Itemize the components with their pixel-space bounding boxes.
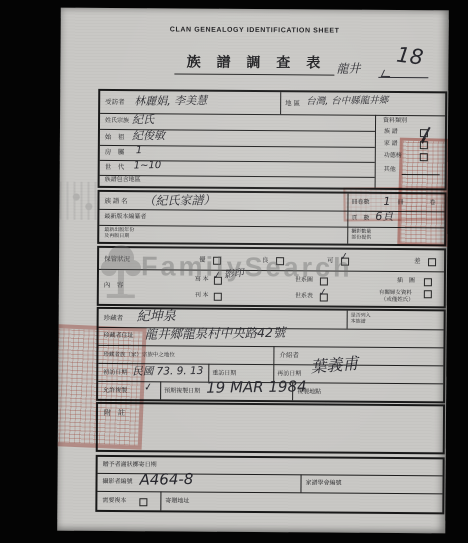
genealogy-name-label: 族 譜 名	[104, 198, 127, 205]
content-print-checkbox	[214, 293, 222, 301]
generation-label: 世 代	[105, 164, 125, 171]
page-count-label: 頁 數	[351, 216, 369, 223]
category-clan-genealogy-label: 族 譜	[384, 129, 398, 136]
content-print-label: 刊 本	[195, 293, 209, 300]
scanned-sheet: CLAN GENEALOGY IDENTIFICATION SHEET 族 譜 …	[57, 8, 449, 534]
photo-quantity-label-2: 部份提供	[351, 236, 371, 242]
content-women-checkbox	[424, 290, 432, 298]
coverage-label: 族譜包含地區	[105, 177, 141, 184]
compiler-label: 最新版本編纂者	[104, 214, 146, 221]
copy-place-label: 複製地點	[297, 389, 321, 396]
divider	[375, 115, 377, 188]
revisit-label: 重訪日期	[212, 371, 236, 378]
holder-value: 紀坤泉	[137, 310, 176, 324]
copy-date-value: 19 MAR 1984	[206, 379, 307, 395]
notes-label: 附 註	[104, 410, 125, 418]
corner-place-handwriting: 龍井	[336, 62, 360, 74]
content-manuscript-label: 寫 本	[195, 277, 209, 284]
listed-label-2: 本族譜	[351, 320, 366, 326]
divider	[347, 311, 348, 329]
divider	[300, 474, 301, 492]
section-identity: 受訪者 林麗娟, 李美慧 地 區 台灣, 台中縣龍井鄉 姓氏宗族 紀氏 始 祖 …	[98, 89, 448, 190]
sheet-header-en: CLAN GENEALOGY IDENTIFICATION SHEET	[61, 26, 449, 36]
condition-good-checkbox	[276, 257, 284, 265]
divider	[160, 491, 161, 510]
check-mark: ✓	[212, 271, 222, 282]
section-genealogy-info: 族 譜 名 （紀氏家譜） 最新版本編纂者 最新出版年份 及再版日期 冊卷數 1 …	[97, 190, 446, 246]
category-family-genealogy-label: 家 譜	[384, 141, 398, 148]
corner-underline	[378, 77, 428, 78]
copy-permission-label: 允許複製	[103, 388, 127, 395]
volume-unit-2: 卷	[429, 200, 435, 207]
branch-label: 房 屬	[105, 149, 125, 156]
need-copy-checkbox	[139, 498, 147, 506]
divider	[273, 346, 274, 364]
divider	[100, 175, 375, 178]
scan-background: CLAN GENEALOGY IDENTIFICATION SHEET 族 譜 …	[0, 0, 468, 543]
donor-thanks-label: 贈予者謝狀擲寄日期	[103, 462, 157, 469]
content-women-label: 有關婦女資料	[379, 290, 412, 296]
divider	[99, 269, 444, 272]
content-illustration-checkbox	[424, 278, 432, 286]
mailing-address-label: 寄贈地址	[165, 498, 189, 505]
condition-excellent-checkbox	[213, 257, 221, 265]
divider	[97, 491, 442, 494]
content-pedigree-chart-checkbox	[320, 277, 328, 285]
manuscript-note-handwriting: 影印	[224, 269, 245, 281]
corner-number-handwriting: 18	[395, 44, 424, 68]
section-notes: 附 註	[96, 402, 445, 454]
holder-label: 珍藏者	[104, 315, 124, 322]
holder-address-value: 龍井鄉龍泉村中央路42號	[144, 327, 285, 341]
section-holder-visits: 珍藏者 紀坤泉 是否列入 本族譜 珍藏者住址 龍井鄉龍泉村中央路42號 珍藏者族…	[96, 307, 446, 403]
watermark-fragment	[59, 182, 101, 220]
first-visit-label: 初訪日期	[103, 370, 127, 377]
condition-excellent-label: 優	[199, 257, 206, 264]
photographer-number-label: 攝影者編號	[102, 479, 132, 486]
copy-date-label: 預期複製日期	[164, 388, 200, 395]
divider	[280, 92, 281, 114]
section-admin: 贈予者謝狀擲寄日期 攝影者編號 A464-8 家譜學會編號 需要複本 寄贈地址	[95, 455, 444, 514]
holder-address-label: 珍藏者住址	[104, 333, 134, 340]
content-pedigree-table-label: 世系表	[295, 293, 313, 300]
introducer-label: 介紹者	[279, 352, 299, 359]
divider	[99, 225, 444, 228]
category-merit-board-checkbox	[420, 153, 428, 161]
region-label: 地 區	[285, 100, 300, 107]
publication-year-label-2: 及再版日期	[104, 234, 129, 240]
divider	[347, 194, 348, 244]
section-condition-content: 保管狀況 優 良 可 ✓ 差 內 容 寫 本 ✓ 影印 刊 本 世系圖 世系表 …	[97, 246, 446, 308]
sheet-title-zh: 族 譜 調 查 表	[175, 51, 335, 75]
interviewee-value: 林麗娟, 李美慧	[134, 95, 207, 107]
first-visit-value: 民國 73. 9. 13	[132, 366, 203, 377]
interviewee-label: 受訪者	[105, 99, 125, 106]
check-mark: ✓	[339, 252, 349, 263]
condition-poor-checkbox	[428, 258, 436, 266]
need-copy-label: 需要複本	[102, 498, 126, 505]
surveyor-signature: 葉義甫	[310, 356, 359, 376]
content-pedigree-chart-label: 世系圖	[295, 277, 313, 284]
photographer-number-value: A464-8	[139, 472, 193, 488]
society-number-label: 家譜學會編號	[305, 480, 341, 487]
category-header: 資料類別	[383, 118, 407, 125]
ancestor-label: 始 祖	[105, 134, 125, 141]
familysearch-tree-icon	[99, 242, 143, 300]
genealogy-name-value: （紀氏家譜）	[143, 194, 215, 207]
content-women-note: （或僅姓氏）	[381, 297, 414, 303]
holder-position-label: 珍藏者族（家）宗族中之地位	[103, 352, 175, 359]
generation-value: 1~10	[134, 161, 162, 171]
condition-fair-label: 可	[327, 258, 334, 265]
divider	[98, 345, 443, 348]
page-count-value: 6頁	[375, 211, 393, 222]
category-other-blank	[402, 174, 440, 175]
condition-poor-label: 差	[414, 258, 421, 265]
ancestor-value: 紀俊敏	[132, 130, 165, 141]
content-illustration-label: 插 圖	[397, 278, 415, 285]
category-other-label: 其他	[384, 167, 396, 174]
divider	[160, 381, 161, 399]
category-merit-board-label: 功德榜	[384, 153, 402, 160]
check-mark: ✓	[144, 383, 154, 394]
check-mark: ✓	[318, 288, 328, 299]
volume-count-value: 1	[383, 196, 390, 207]
volume-unit-1: 冊	[397, 200, 403, 207]
clan-label: 姓氏宗族	[105, 118, 129, 125]
volume-count-label: 冊卷數	[351, 200, 369, 207]
region-value: 台灣, 台中縣龍井鄉	[306, 96, 388, 107]
branch-value: 1	[136, 146, 143, 156]
clan-value: 紀氏	[132, 114, 154, 125]
condition-good-label: 良	[262, 257, 269, 264]
